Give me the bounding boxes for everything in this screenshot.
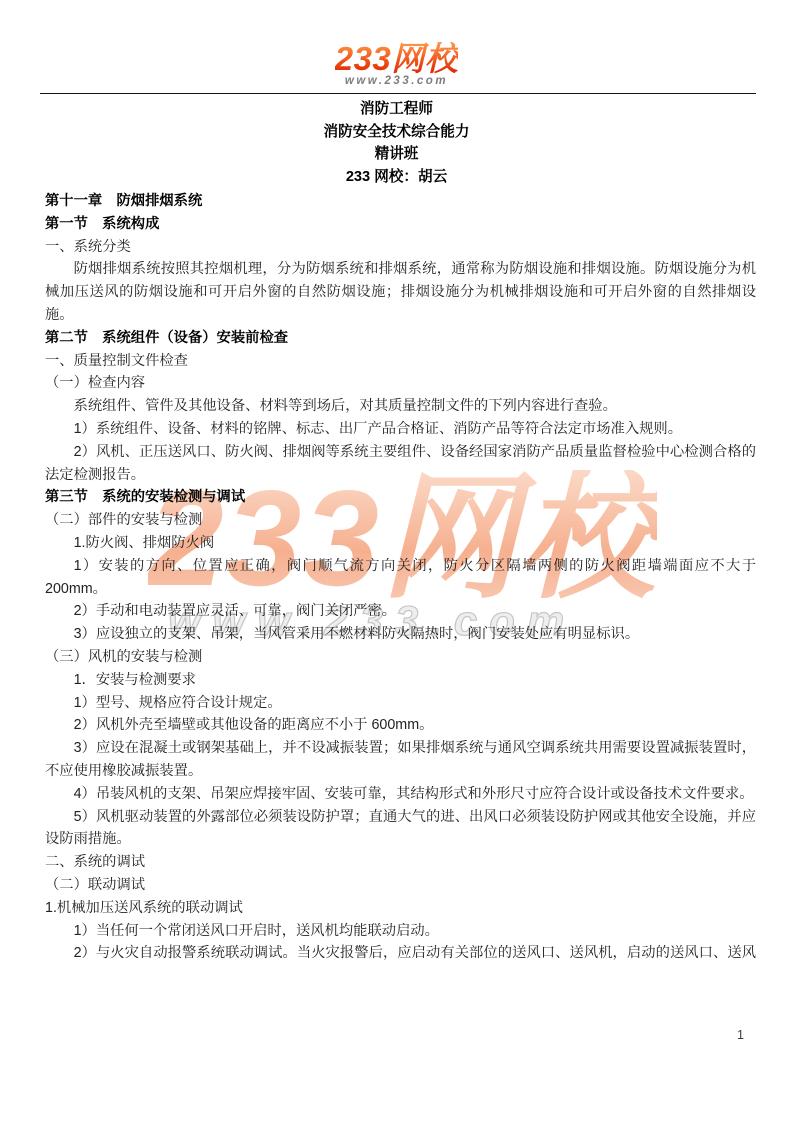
paragraph: 1）型号、规格应符合设计规定。	[45, 692, 756, 715]
paragraph: 2）风机、正压送风口、防火阀、排烟阀等系统主要组件、设备经国家消防产品质量监督检…	[45, 441, 756, 487]
paragraph: 2）风机外壳至墙壁或其他设备的距离应不小于 600mm。	[45, 714, 756, 737]
paragraph: （一）检查内容	[45, 372, 756, 395]
paragraph: 1）安装的方向、位置应正确，阀门顺气流方向关闭，防火分区隔墙两侧的防火阀距墙端面…	[45, 555, 756, 601]
course-instructor: 233 网校：胡云	[0, 166, 793, 189]
paragraph: （三）风机的安装与检测	[45, 646, 756, 669]
paragraph: 1）当任何一个常闭送风口开启时，送风机均能联动启动。	[45, 920, 756, 943]
paragraph: 1）系统组件、设备、材料的铭牌、标志、出厂产品合格证、消防产品等符合法定市场准入…	[45, 418, 756, 441]
paragraph: 3）应设独立的支架、吊架，当风管采用不燃材料防火隔热时，阀门安装处应有明显标识。	[45, 623, 756, 646]
document-body: 第十一章 防烟排烟系统第一节 系统构成一、系统分类防烟排烟系统按照其控烟机理，分…	[45, 190, 756, 965]
section-heading: 第一节 系统构成	[45, 213, 756, 236]
paragraph: 一、系统分类	[45, 236, 756, 259]
paragraph: 一、质量控制文件检查	[45, 350, 756, 373]
paragraph: 2）与火灾自动报警系统联动调试。当火灾报警后，应启动有关部位的送风口、送风机，启…	[45, 942, 756, 965]
section-heading: 第十一章 防烟排烟系统	[45, 190, 756, 213]
course-title: 消防工程师	[0, 98, 793, 121]
paragraph: （二）联动调试	[45, 874, 756, 897]
section-heading: 第三节 系统的安装检测与调试	[45, 486, 756, 509]
paragraph: 系统组件、管件及其他设备、材料等到场后，对其质量控制文件的下列内容进行查验。	[45, 395, 756, 418]
course-subject: 消防安全技术综合能力	[0, 121, 793, 144]
brand-logo: 233网校 www.233.com	[0, 42, 793, 88]
brand-logo-url: www.233.com	[0, 76, 793, 88]
paragraph: 5）风机驱动装置的外露部位必须装设防护罩；直通大气的进、出风口必须装设防护网或其…	[45, 806, 756, 852]
header-divider	[40, 93, 756, 94]
paragraph: （二）部件的安装与检测	[45, 509, 756, 532]
brand-logo-text: 233网校	[335, 42, 459, 75]
paragraph: 1.防火阀、排烟防火阀	[45, 532, 756, 555]
paragraph: 2）手动和电动装置应灵活、可靠，阀门关闭严密。	[45, 600, 756, 623]
paragraph: 1.机械加压送风系统的联动调试	[45, 897, 756, 920]
course-header: 消防工程师 消防安全技术综合能力 精讲班 233 网校：胡云	[0, 98, 793, 188]
paragraph: 1．安装与检测要求	[45, 669, 756, 692]
section-heading: 第二节 系统组件（设备）安装前检查	[45, 327, 756, 350]
document-page: 233网校 www.233.com 消防工程师 消防安全技术综合能力 精讲班 2…	[0, 0, 793, 1122]
paragraph: 4）吊装风机的支架、吊架应焊接牢固、安装可靠，其结构形式和外形尺寸应符合设计或设…	[45, 783, 756, 806]
paragraph: 防烟排烟系统按照其控烟机理，分为防烟系统和排烟系统，通常称为防烟设施和排烟设施。…	[45, 258, 756, 326]
page-number: 1	[737, 1028, 744, 1042]
paragraph: 二、系统的调试	[45, 851, 756, 874]
course-class-type: 精讲班	[0, 143, 793, 166]
paragraph: 3）应设在混凝土或钢架基础上，并不设减振装置；如果排烟系统与通风空调系统共用需要…	[45, 737, 756, 783]
